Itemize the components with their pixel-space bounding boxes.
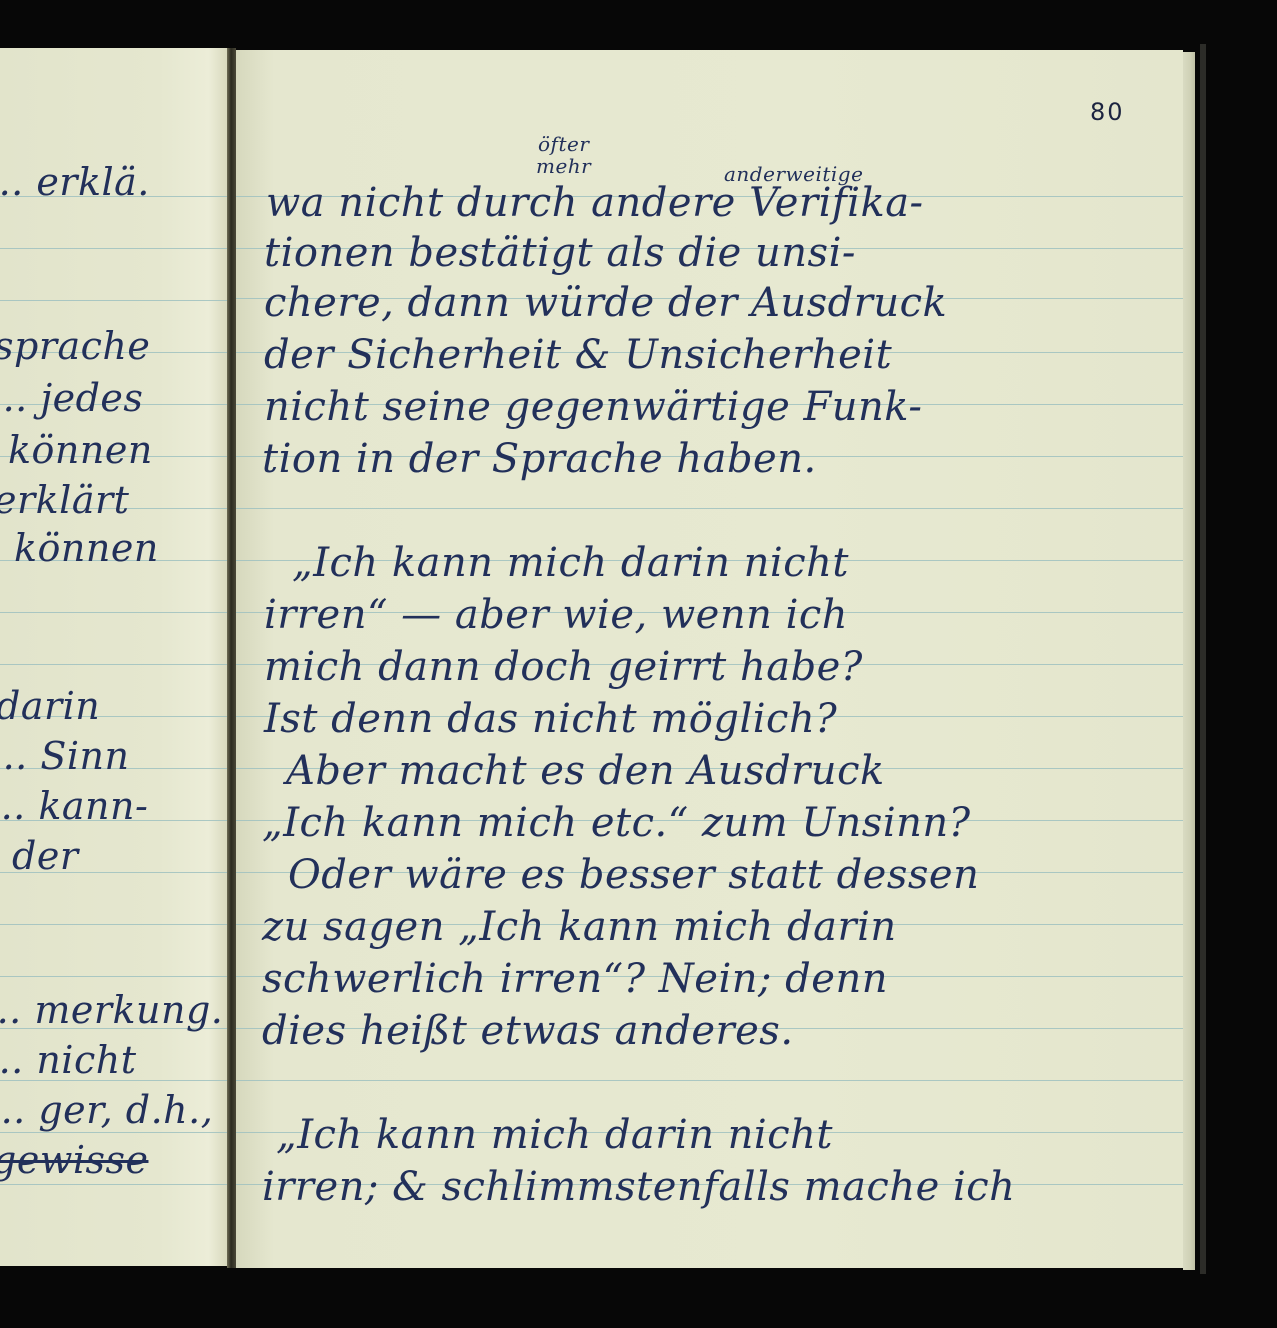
ruled-line bbox=[0, 1132, 227, 1133]
text-line: irren“ — aber wie, wenn ich bbox=[264, 592, 848, 638]
left-fragment: können bbox=[14, 526, 159, 570]
text-line: schwerlich irren“? Nein; denn bbox=[262, 956, 888, 1002]
ruled-line bbox=[0, 924, 227, 925]
text-line: Ist denn das nicht möglich? bbox=[264, 696, 837, 742]
ruled-line bbox=[0, 248, 227, 249]
right-page: 80 öfter mehr anderweitige wa nicht durc… bbox=[236, 50, 1183, 1268]
left-fragment: ... nicht bbox=[0, 1038, 136, 1082]
text-line: nicht seine gegenwärtige Funk- bbox=[264, 384, 922, 430]
ruled-line bbox=[236, 1080, 1183, 1081]
text-line: irren; & schlimmstenfalls mache ich bbox=[262, 1164, 1015, 1210]
left-fragment: sprache bbox=[0, 324, 150, 368]
insertion-mehr: mehr bbox=[536, 154, 591, 178]
ruled-line bbox=[0, 976, 227, 977]
left-fragment: der bbox=[12, 834, 78, 878]
left-fragment: ... jedes bbox=[0, 376, 143, 420]
ruled-line bbox=[0, 612, 227, 613]
ruled-line bbox=[0, 1184, 227, 1185]
left-fragment: können bbox=[8, 428, 153, 472]
left-fragment: ... merkung. bbox=[0, 988, 223, 1032]
text-line: tionen bestätigt als die unsi- bbox=[264, 230, 856, 276]
left-fragment-struck: gewisse bbox=[0, 1138, 148, 1182]
text-line: dies heißt etwas anderes. bbox=[262, 1008, 794, 1054]
left-fragment: ... kann- bbox=[0, 784, 148, 828]
text-line: „Ich kann mich darin nicht bbox=[276, 1112, 833, 1158]
left-page: ... erklä. sprache ... jedes können erkl… bbox=[0, 48, 227, 1266]
left-fragment: ... ger, d.h., bbox=[0, 1088, 213, 1132]
text-line: wa nicht durch andere Verifika- bbox=[266, 180, 924, 226]
left-fragment: ... Sinn bbox=[0, 734, 129, 778]
ruled-line bbox=[0, 664, 227, 665]
page-number: 80 bbox=[1090, 98, 1125, 126]
left-fragment: erklärt bbox=[0, 478, 129, 522]
text-line: Oder wäre es besser statt dessen bbox=[288, 852, 979, 898]
text-line: „Ich kann mich darin nicht bbox=[292, 540, 849, 586]
text-line: der Sicherheit & Unsicherheit bbox=[264, 332, 892, 378]
text-line: chere, dann würde der Ausdruck bbox=[264, 280, 947, 326]
ruled-line bbox=[0, 300, 227, 301]
text-line: zu sagen „Ich kann mich darin bbox=[262, 904, 897, 950]
text-line: mich dann doch geirrt habe? bbox=[264, 644, 863, 690]
insertion-oefter: öfter bbox=[538, 132, 589, 156]
book-gutter bbox=[227, 48, 236, 1268]
left-fragment: ... erklä. bbox=[0, 160, 150, 204]
page-edges bbox=[1183, 52, 1195, 1270]
text-line: tion in der Sprache haben. bbox=[262, 436, 817, 482]
cover-edge bbox=[1200, 44, 1206, 1274]
ruled-line bbox=[236, 508, 1183, 509]
notebook-spread: ... erklä. sprache ... jedes können erkl… bbox=[0, 0, 1277, 1328]
text-line: Aber macht es den Ausdruck bbox=[286, 748, 885, 794]
left-fragment: darin bbox=[0, 684, 100, 728]
text-line: „Ich kann mich etc.“ zum Unsinn? bbox=[262, 800, 971, 846]
